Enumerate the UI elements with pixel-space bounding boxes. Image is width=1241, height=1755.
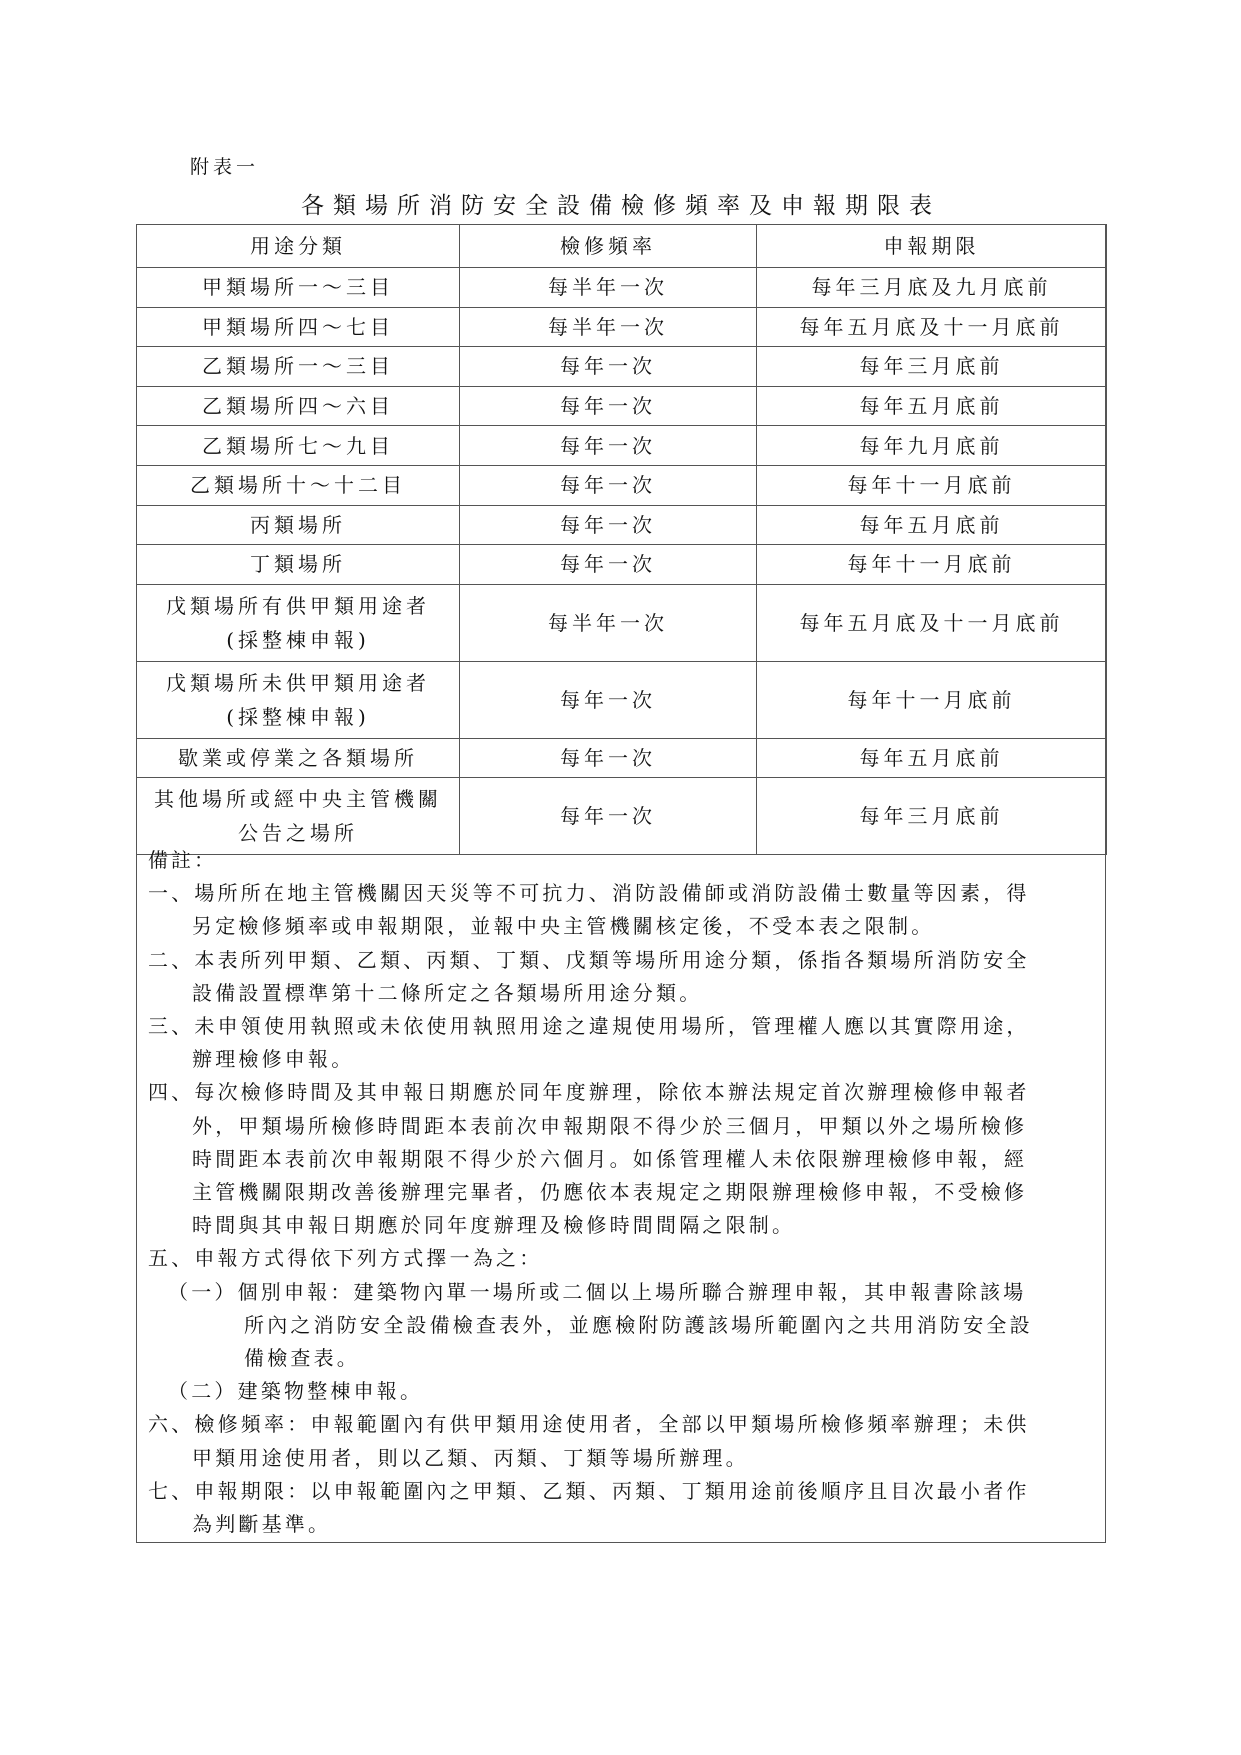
- category-line: 其他場所或經中央主管機關: [137, 782, 459, 816]
- note-line: 時間與其申報日期應於同年度辦理及檢修時間間隔之限制。: [148, 1209, 1094, 1242]
- deadline-cell: 每年三月底前: [757, 347, 1107, 387]
- category-cell: 乙類場所四～六目: [137, 386, 460, 426]
- deadline-cell: 每年十一月底前: [757, 465, 1107, 505]
- table-row: 丙類場所每年一次每年五月底前: [137, 505, 1107, 545]
- table-row: 乙類場所四～六目每年一次每年五月底前: [137, 386, 1107, 426]
- table-row: 乙類場所一～三目每年一次每年三月底前: [137, 347, 1107, 387]
- table-row: 乙類場所十～十二目每年一次每年十一月底前: [137, 465, 1107, 505]
- table-row: 甲類場所四～七目每半年一次每年五月底及十一月底前: [137, 307, 1107, 347]
- category-cell: 乙類場所一～三目: [137, 347, 460, 387]
- deadline-cell: 每年五月底前: [757, 738, 1107, 778]
- deadline-cell: 每年五月底及十一月底前: [757, 584, 1107, 661]
- note-line: 甲類用途使用者，則以乙類、丙類、丁類等場所辦理。: [148, 1442, 1094, 1475]
- note-line: 時間距本表前次申報期限不得少於六個月。如係管理權人未依限辦理檢修申報，經: [148, 1143, 1094, 1176]
- header-category: 用途分類: [137, 225, 460, 268]
- category-line: (採整棟申報): [137, 700, 459, 734]
- category-cell: 甲類場所四～七目: [137, 307, 460, 347]
- note-line: 六、檢修頻率：申報範圍內有供甲類用途使用者，全部以甲類場所檢修頻率辦理；未供: [148, 1408, 1094, 1441]
- note-line: 設備設置標準第十二條所定之各類場所用途分類。: [148, 977, 1094, 1010]
- frequency-cell: 每年一次: [460, 661, 757, 738]
- note-line: 辦理檢修申報。: [148, 1043, 1094, 1076]
- category-line: 乙類場所四～六目: [137, 389, 459, 423]
- deadline-cell: 每年十一月底前: [757, 661, 1107, 738]
- category-line: 甲類場所四～七目: [137, 310, 459, 344]
- table-row: 丁類場所每年一次每年十一月底前: [137, 545, 1107, 585]
- note-line: 所內之消防安全設備檢查表外，並應檢附防護該場所範圍內之共用消防安全設: [148, 1309, 1094, 1342]
- category-line: 歇業或停業之各類場所: [137, 741, 459, 775]
- category-cell: 丁類場所: [137, 545, 460, 585]
- table-row: 歇業或停業之各類場所每年一次每年五月底前: [137, 738, 1107, 778]
- category-cell: 乙類場所十～十二目: [137, 465, 460, 505]
- deadline-cell: 每年五月底前: [757, 505, 1107, 545]
- frequency-cell: 每年一次: [460, 545, 757, 585]
- deadline-cell: 每年五月底及十一月底前: [757, 307, 1107, 347]
- inspection-schedule-table: 用途分類 檢修頻率 申報期限 甲類場所一～三目每半年一次每年三月底及九月底前甲類…: [136, 224, 1107, 855]
- category-line: 乙類場所七～九目: [137, 429, 459, 463]
- frequency-cell: 每半年一次: [460, 268, 757, 308]
- category-line: 戊類場所有供甲類用途者: [137, 589, 459, 623]
- category-cell: 歇業或停業之各類場所: [137, 738, 460, 778]
- frequency-cell: 每年一次: [460, 465, 757, 505]
- note-line: 主管機關限期改善後辦理完畢者，仍應依本表規定之期限辦理檢修申報，不受檢修: [148, 1176, 1094, 1209]
- table-row: 乙類場所七～九目每年一次每年九月底前: [137, 426, 1107, 466]
- note-line: （一）個別申報：建築物內單一場所或二個以上場所聯合辦理申報，其申報書除該場: [148, 1276, 1094, 1309]
- note-line: 四、每次檢修時間及其申報日期應於同年度辦理，除依本辦法規定首次辦理檢修申報者: [148, 1076, 1094, 1109]
- frequency-cell: 每半年一次: [460, 307, 757, 347]
- note-line: 另定檢修頻率或申報期限，並報中央主管機關核定後，不受本表之限制。: [148, 910, 1094, 943]
- appendix-label: 附表一: [190, 154, 259, 180]
- note-line: 三、未申領使用執照或未依使用執照用途之違規使用場所，管理權人應以其實際用途，: [148, 1010, 1094, 1043]
- category-line: 乙類場所十～十二目: [137, 468, 459, 502]
- table-row: 戊類場所未供甲類用途者(採整棟申報)每年一次每年十一月底前: [137, 661, 1107, 738]
- note-line: 為判斷基準。: [148, 1508, 1094, 1541]
- category-cell: 甲類場所一～三目: [137, 268, 460, 308]
- deadline-cell: 每年九月底前: [757, 426, 1107, 466]
- note-line: （二）建築物整棟申報。: [148, 1375, 1094, 1408]
- header-frequency: 檢修頻率: [460, 225, 757, 268]
- frequency-cell: 每年一次: [460, 426, 757, 466]
- category-line: 乙類場所一～三目: [137, 349, 459, 383]
- document-title: 各類場所消防安全設備檢修頻率及申報期限表: [136, 190, 1106, 222]
- notes-heading: 備註：: [148, 844, 1094, 877]
- table-header-row: 用途分類 檢修頻率 申報期限: [137, 225, 1107, 268]
- category-line: 甲類場所一～三目: [137, 270, 459, 304]
- deadline-cell: 每年十一月底前: [757, 545, 1107, 585]
- frequency-cell: 每年一次: [460, 386, 757, 426]
- table-row: 甲類場所一～三目每半年一次每年三月底及九月底前: [137, 268, 1107, 308]
- note-line: 一、場所所在地主管機關因天災等不可抗力、消防設備師或消防設備士數量等因素，得: [148, 877, 1094, 910]
- frequency-cell: 每年一次: [460, 738, 757, 778]
- deadline-cell: 每年三月底及九月底前: [757, 268, 1107, 308]
- category-line: 戊類場所未供甲類用途者: [137, 666, 459, 700]
- note-line: 外，甲類場所檢修時間距本表前次申報期限不得少於三個月，甲類以外之場所檢修: [148, 1110, 1094, 1143]
- note-line: 備檢查表。: [148, 1342, 1094, 1375]
- header-deadline: 申報期限: [757, 225, 1107, 268]
- category-line: 丙類場所: [137, 508, 459, 542]
- note-line: 二、本表所列甲類、乙類、丙類、丁類、戊類等場所用途分類，係指各類場所消防安全: [148, 944, 1094, 977]
- category-line: 丁類場所: [137, 547, 459, 581]
- notes-section: 備註： 一、場所所在地主管機關因天災等不可抗力、消防設備師或消防設備士數量等因素…: [148, 844, 1094, 1541]
- category-cell: 戊類場所未供甲類用途者(採整棟申報): [137, 661, 460, 738]
- table-row: 戊類場所有供甲類用途者(採整棟申報)每半年一次每年五月底及十一月底前: [137, 584, 1107, 661]
- frequency-cell: 每半年一次: [460, 584, 757, 661]
- category-cell: 戊類場所有供甲類用途者(採整棟申報): [137, 584, 460, 661]
- category-cell: 丙類場所: [137, 505, 460, 545]
- frequency-cell: 每年一次: [460, 347, 757, 387]
- category-cell: 乙類場所七～九目: [137, 426, 460, 466]
- note-line: 七、申報期限：以申報範圍內之甲類、乙類、丙類、丁類用途前後順序且目次最小者作: [148, 1475, 1094, 1508]
- frequency-cell: 每年一次: [460, 505, 757, 545]
- deadline-cell: 每年五月底前: [757, 386, 1107, 426]
- category-line: (採整棟申報): [137, 623, 459, 657]
- note-line: 五、申報方式得依下列方式擇一為之：: [148, 1242, 1094, 1275]
